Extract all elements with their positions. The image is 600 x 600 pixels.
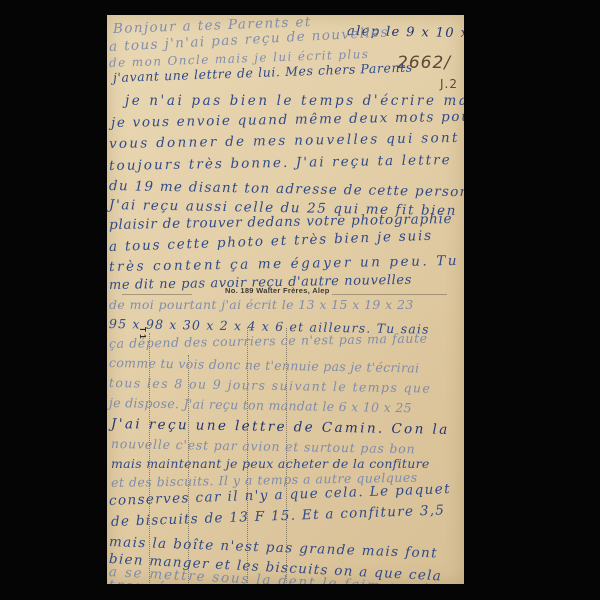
handwritten-line: mais maintenant je peux acheter de la co… — [111, 456, 430, 471]
handwritten-line: je n'ai pas bien le temps d'écrire mais — [125, 93, 464, 109]
handwritten-line: je vous envoie quand même deux mots pour — [111, 109, 464, 131]
handwritten-line: nouvelle c'est par avion et surtout pas … — [111, 436, 416, 456]
handwritten-line: toujours très bonne. J'ai reçu ta lettre — [109, 152, 452, 174]
handwritten-line: ça dépend des courriers ce n'est pas ma … — [109, 330, 428, 351]
postcard-back: No. 189 Walter Frères, Alep T 1 2662/ J.… — [107, 15, 464, 584]
handwritten-line: tous les 8 ou 9 jours suivant le temps q… — [109, 375, 432, 396]
handwritten-line: comme tu vois donc ne t'ennuie pas je t'… — [109, 355, 420, 375]
handwritten-line: J'ai reçu une lettre de Camin. Con la — [111, 416, 450, 438]
printed-rule-left — [122, 294, 192, 295]
handwritten-line: très content ça me égayer un peu. Tu — [109, 253, 459, 275]
handwritten-line: de moi pourtant j'ai écrit le 13 x 15 x … — [109, 297, 414, 312]
handwritten-line: je dispose. J'ai reçu ton mandat le 6 x … — [109, 395, 412, 415]
handwritten-line: vous donner de mes nouvelles qui sont — [109, 130, 460, 152]
handwritten-line: me dit ne pas avoir reçu d'autre nouvell… — [109, 273, 412, 293]
printed-rule-right — [332, 294, 447, 295]
archive-sub-number: J.2 — [440, 77, 458, 91]
